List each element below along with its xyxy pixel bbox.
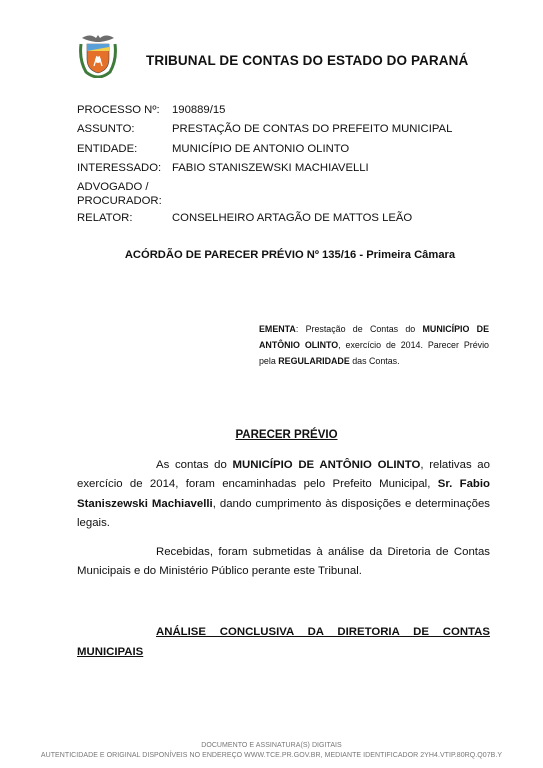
meta-value: PRESTAÇÃO DE CONTAS DO PREFEITO MUNICIPA… bbox=[172, 123, 452, 135]
analise-line-1: ANÁLISE CONCLUSIVA DA DIRETORIA DE CONTA… bbox=[77, 623, 490, 643]
meta-row-relator: RELATOR: CONSELHEIRO ARTAGÃO DE MATTOS L… bbox=[77, 208, 452, 228]
ementa: EMENTA: Prestação de Contas do MUNICÍPIO… bbox=[259, 321, 489, 369]
paragraph-recebidas: Recebidas, foram submetidas à análise da… bbox=[77, 543, 490, 582]
meta-label: PROCESSO Nº: bbox=[77, 104, 172, 116]
paragraph-contas: As contas do MUNICÍPIO DE ANTÔNIO OLINTO… bbox=[77, 456, 490, 533]
organization-title: TRIBUNAL DE CONTAS DO ESTADO DO PARANÁ bbox=[146, 53, 468, 68]
ementa-label: EMENTA bbox=[259, 324, 296, 334]
meta-row-assunto: ASSUNTO: PRESTAÇÃO DE CONTAS DO PREFEITO… bbox=[77, 120, 452, 140]
meta-label: RELATOR: bbox=[77, 212, 172, 224]
analise-line-2: MUNICIPAIS bbox=[77, 646, 143, 658]
meta-row-entidade: ENTIDADE: MUNICÍPIO DE ANTONIO OLINTO bbox=[77, 139, 452, 159]
meta-value: CONSELHEIRO ARTAGÃO DE MATTOS LEÃO bbox=[172, 212, 412, 224]
digital-signature-footer: DOCUMENTO E ASSINATURA(S) DIGITAIS AUTEN… bbox=[0, 741, 543, 760]
section-title-parecer: PARECER PRÉVIO bbox=[0, 429, 543, 441]
meta-value: 190889/15 bbox=[172, 104, 225, 116]
section-title-analise: ANÁLISE CONCLUSIVA DA DIRETORIA DE CONTA… bbox=[77, 623, 490, 662]
ementa-text: : Prestação de Contas do bbox=[296, 324, 423, 334]
meta-row-advogado: ADVOGADO / PROCURADOR: bbox=[77, 178, 452, 208]
process-metadata: PROCESSO Nº: 190889/15 ASSUNTO: PRESTAÇÃ… bbox=[77, 100, 452, 228]
text: As contas do bbox=[156, 459, 233, 471]
municipio-name: MUNICÍPIO DE ANTÔNIO OLINTO bbox=[233, 459, 421, 471]
acordao-title: ACÓRDÃO DE PARECER PRÉVIO Nº 135/16 - Pr… bbox=[0, 249, 543, 261]
meta-label: INTERESSADO: bbox=[77, 162, 172, 174]
meta-label: ENTIDADE: bbox=[77, 143, 172, 155]
parana-coat-of-arms-icon bbox=[78, 32, 118, 78]
ementa-text: das Contas. bbox=[350, 356, 400, 366]
footer-line-2: AUTENTICIDADE E ORIGINAL DISPONÍVEIS NO … bbox=[0, 751, 543, 761]
meta-value: FABIO STANISZEWSKI MACHIAVELLI bbox=[172, 162, 369, 174]
meta-row-processo: PROCESSO Nº: 190889/15 bbox=[77, 100, 452, 120]
meta-label: ADVOGADO / PROCURADOR: bbox=[77, 180, 157, 208]
footer-line-1: DOCUMENTO E ASSINATURA(S) DIGITAIS bbox=[0, 741, 543, 751]
meta-label: ASSUNTO: bbox=[77, 123, 172, 135]
ementa-regularidade: REGULARIDADE bbox=[278, 356, 350, 366]
meta-row-interessado: INTERESSADO: FABIO STANISZEWSKI MACHIAVE… bbox=[77, 159, 452, 179]
meta-value: MUNICÍPIO DE ANTONIO OLINTO bbox=[172, 143, 349, 155]
